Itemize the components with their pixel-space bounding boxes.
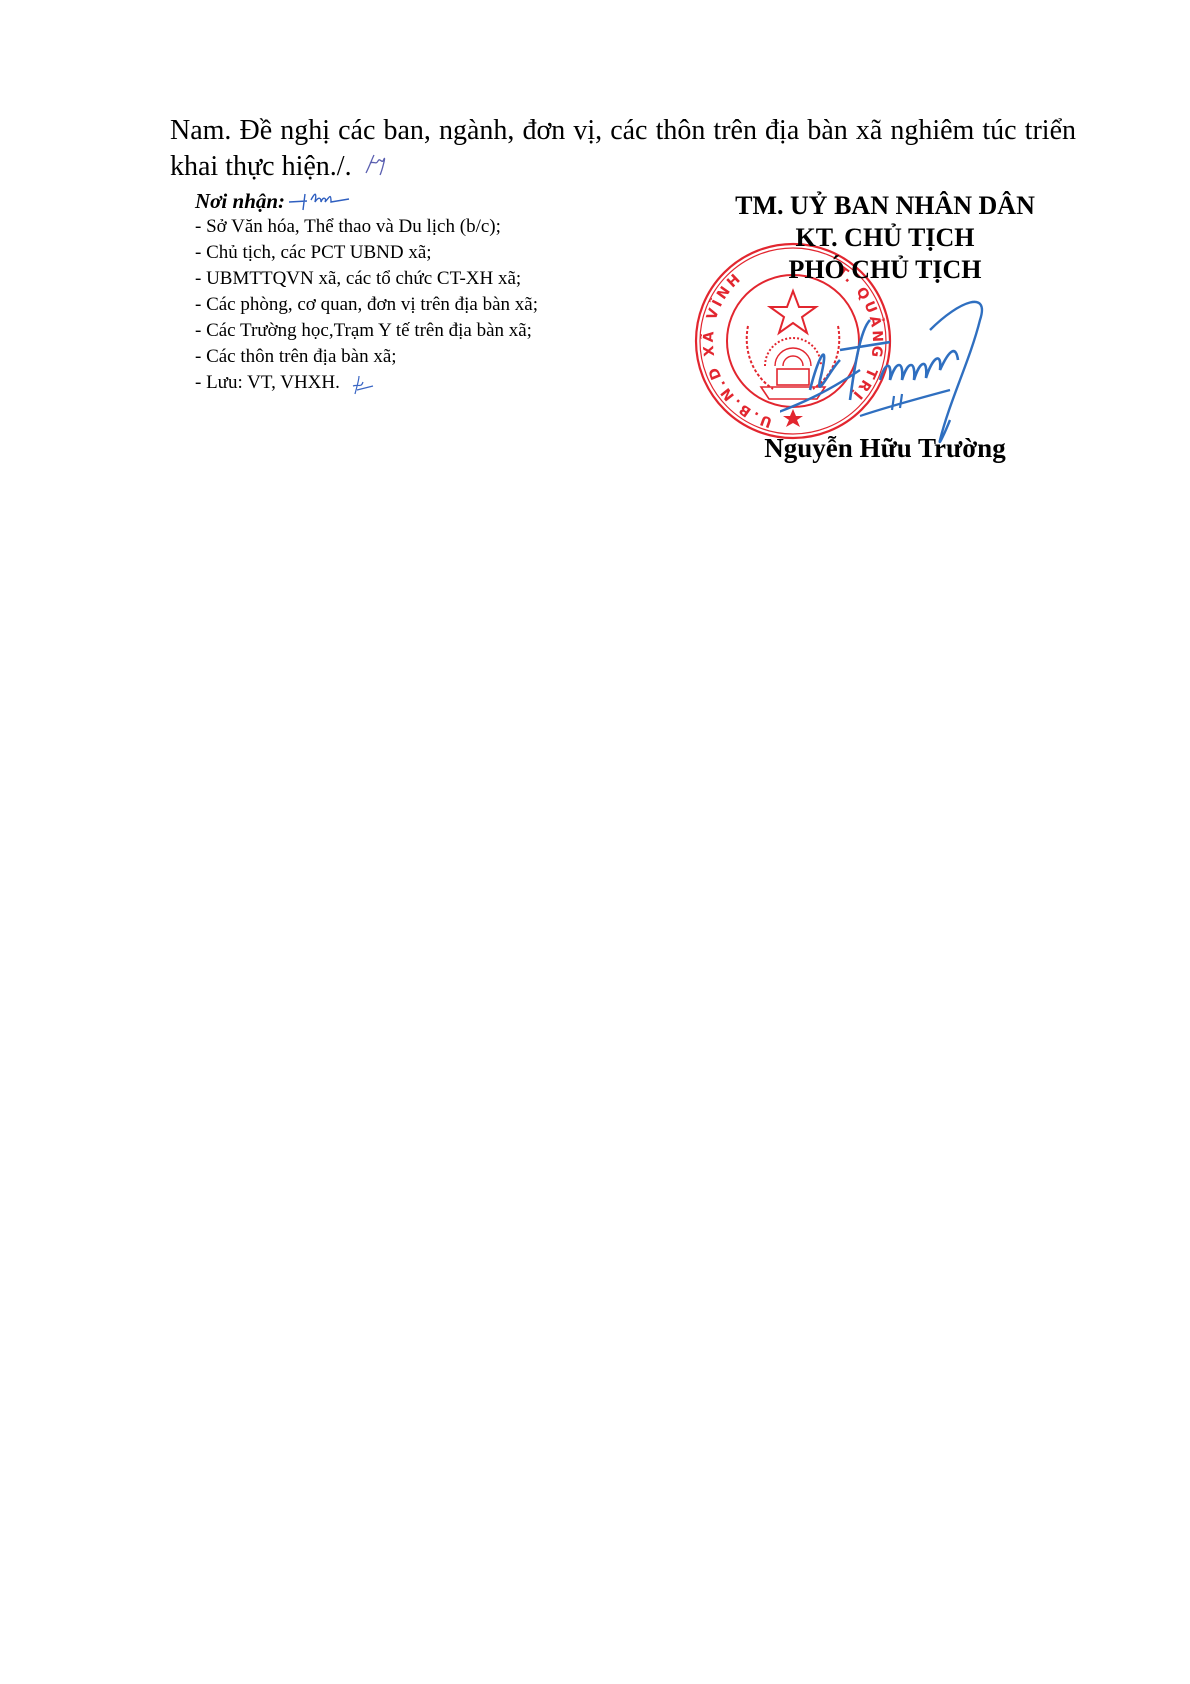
recipient-item: - Các thôn trên địa bàn xã; (195, 344, 625, 370)
initial-mark-icon (351, 374, 375, 396)
svg-text:U.B.N.D XÃ VĨNH: U.B.N.D XÃ VĨNH (700, 269, 775, 430)
initial-mark-icon (362, 151, 390, 187)
paragraph-line-1: Nam. Đề nghị các ban, ngành, đơn vị, các… (170, 113, 1076, 149)
recipient-item: - Lưu: VT, VHXH. (195, 370, 625, 396)
signature-title-2: KT. CHỦ TỊCH (700, 222, 1070, 254)
paragraph-line-2-wrap: khai thực hiện./. (170, 149, 1076, 187)
signature-block: TM. UỶ BAN NHÂN DÂN KT. CHỦ TỊCH PHÓ CHỦ… (700, 190, 1070, 286)
recipients-heading-wrap: Nơi nhận: (195, 188, 285, 214)
recipient-item: - Các phòng, cơ quan, đơn vị trên địa bà… (195, 292, 625, 318)
body-paragraph: Nam. Đề nghị các ban, ngành, đơn vị, các… (170, 113, 1076, 187)
recipients-section: Nơi nhận: - Sở Văn hóa, Thể thao và Du l… (195, 188, 625, 396)
recipients-list: - Sở Văn hóa, Thể thao và Du lịch (b/c);… (195, 214, 625, 396)
recipients-heading: Nơi nhận: (195, 189, 285, 213)
recipient-item: - UBMTTQVN xã, các tổ chức CT-XH xã; (195, 266, 625, 292)
signature-title-3: PHÓ CHỦ TỊCH (700, 254, 1070, 286)
recipient-item: - Chủ tịch, các PCT UBND xã; (195, 240, 625, 266)
initial-mark-icon (289, 190, 351, 212)
signature-title-1: TM. UỶ BAN NHÂN DÂN (700, 190, 1070, 222)
recipient-item: - Sở Văn hóa, Thể thao và Du lịch (b/c); (195, 214, 625, 240)
paragraph-line-2: khai thực hiện./. (170, 151, 352, 182)
handwritten-signature-icon (780, 290, 1060, 450)
recipient-item: - Các Trường học,Trạm Y tế trên địa bàn … (195, 318, 625, 344)
recipient-item-archive: - Lưu: VT, VHXH. (195, 372, 340, 393)
